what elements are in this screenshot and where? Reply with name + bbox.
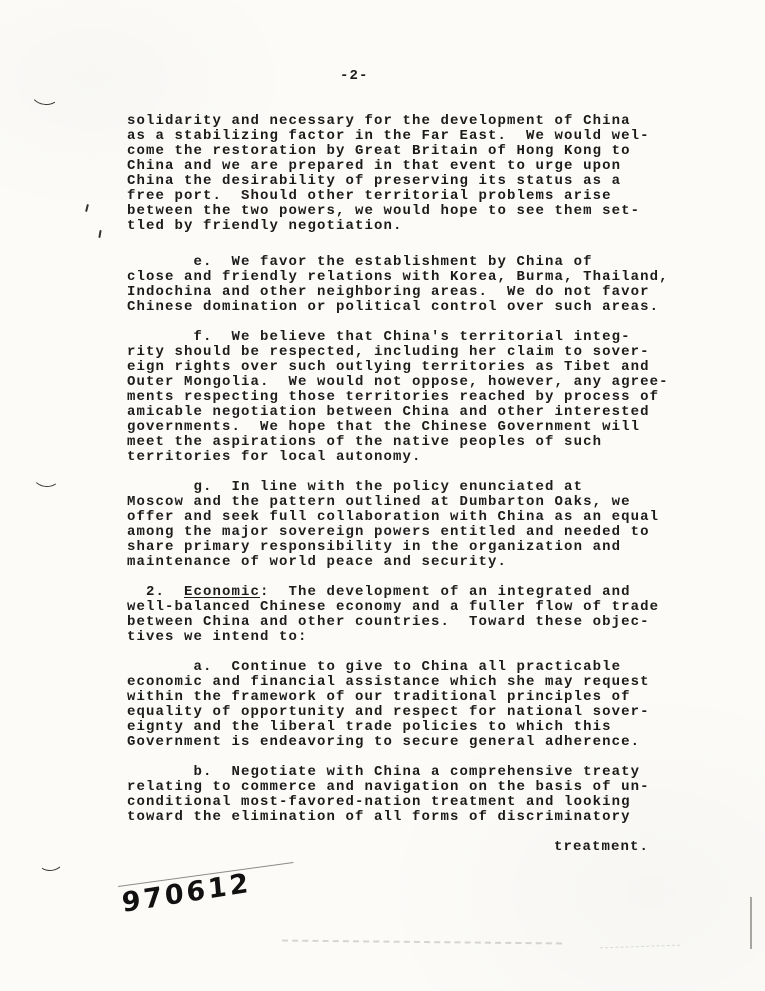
text-line: eign rights over such outlying territori… xyxy=(127,360,687,375)
text-line: governments. We hope that the Chinese Go… xyxy=(127,420,687,435)
paragraph-item-a: a. Continue to give to China all practic… xyxy=(127,660,687,750)
text-line: e. We favor the establishment by China o… xyxy=(127,255,687,270)
stray-mark xyxy=(85,204,89,212)
text-line: among the major sovereign powers entitle… xyxy=(127,525,687,540)
text-line: g. In line with the policy enunciated at xyxy=(127,480,687,495)
scan-artifact-streak xyxy=(600,945,680,949)
text-line: territories for local autonomy. xyxy=(127,450,687,465)
document-page: -2- solidarity and necessary for the dev… xyxy=(0,0,765,991)
paragraph-continuation: solidarity and necessary for the develop… xyxy=(127,114,687,234)
text-line: within the framework of our traditional … xyxy=(127,690,687,705)
paragraph-item-f: f. We believe that China's territorial i… xyxy=(127,330,687,465)
punch-hole-mark-middle xyxy=(32,465,60,488)
text-line: equality of opportunity and respect for … xyxy=(127,705,687,720)
text-line: close and friendly relations with Korea,… xyxy=(127,270,687,285)
text-line: conditional most-favored-nation treatmen… xyxy=(127,795,687,810)
paragraph-item-g: g. In line with the policy enunciated at… xyxy=(127,480,687,570)
text-line: maintenance of world peace and security. xyxy=(127,555,687,570)
text-line: China and we are prepared in that event … xyxy=(127,159,687,174)
text-line: between China and other countries. Towar… xyxy=(127,615,687,630)
text-line: share primary responsibility in the orga… xyxy=(127,540,687,555)
text-line: eignty and the liberal trade policies to… xyxy=(127,720,687,735)
text-line: amicable negotiation between China and o… xyxy=(127,405,687,420)
text-line: relating to commerce and navigation on t… xyxy=(127,780,687,795)
text-line: toward the elimination of all forms of d… xyxy=(127,810,687,825)
text-line: China the desirability of preserving its… xyxy=(127,174,687,189)
text-line: ments respecting those territories reach… xyxy=(127,390,687,405)
paragraph-section-2-economic: 2. Economic: The development of an integ… xyxy=(127,585,687,645)
text-column: solidarity and necessary for the develop… xyxy=(127,114,687,855)
punch-hole-mark-bottom xyxy=(37,851,63,872)
text-line: b. Negotiate with China a comprehensive … xyxy=(127,765,687,780)
text-line: treatment. xyxy=(127,840,687,855)
text-line: come the restoration by Great Britain of… xyxy=(127,144,687,159)
text-line: tled by friendly negotiation. xyxy=(127,219,687,234)
text-line: free port. Should other territorial prob… xyxy=(127,189,687,204)
page-number: -2- xyxy=(340,69,369,84)
text-line: Outer Mongolia. We would not oppose, how… xyxy=(127,375,687,390)
text-line: offer and seek full collaboration with C… xyxy=(127,510,687,525)
text-line: Government is endeavoring to secure gene… xyxy=(127,735,687,750)
paragraph-catchword: treatment. xyxy=(127,840,687,855)
text-line: Chinese domination or political control … xyxy=(127,300,687,315)
scan-artifact-streak xyxy=(282,940,562,945)
text-line: well-balanced Chinese economy and a full… xyxy=(127,600,687,615)
punch-hole-mark-top xyxy=(30,80,62,106)
text-line: 2. Economic: The development of an integ… xyxy=(127,585,687,600)
text-line: rity should be respected, including her … xyxy=(127,345,687,360)
text-line: economic and financial assistance which … xyxy=(127,675,687,690)
text-line: f. We believe that China's territorial i… xyxy=(127,330,687,345)
stray-mark xyxy=(98,230,101,238)
text-line: Indochina and other neighboring areas. W… xyxy=(127,285,687,300)
text-line: a. Continue to give to China all practic… xyxy=(127,660,687,675)
text-line: Moscow and the pattern outlined at Dumba… xyxy=(127,495,687,510)
text-line: as a stabilizing factor in the Far East.… xyxy=(127,129,687,144)
text-line: tives we intend to: xyxy=(127,630,687,645)
paragraph-item-e: e. We favor the establishment by China o… xyxy=(127,255,687,315)
text-line: solidarity and necessary for the develop… xyxy=(127,114,687,129)
text-line: between the two powers, we would hope to… xyxy=(127,204,687,219)
scan-artifact-scratch xyxy=(750,897,752,949)
paragraph-item-b: b. Negotiate with China a comprehensive … xyxy=(127,765,687,825)
text-line: meet the aspirations of the native peopl… xyxy=(127,435,687,450)
